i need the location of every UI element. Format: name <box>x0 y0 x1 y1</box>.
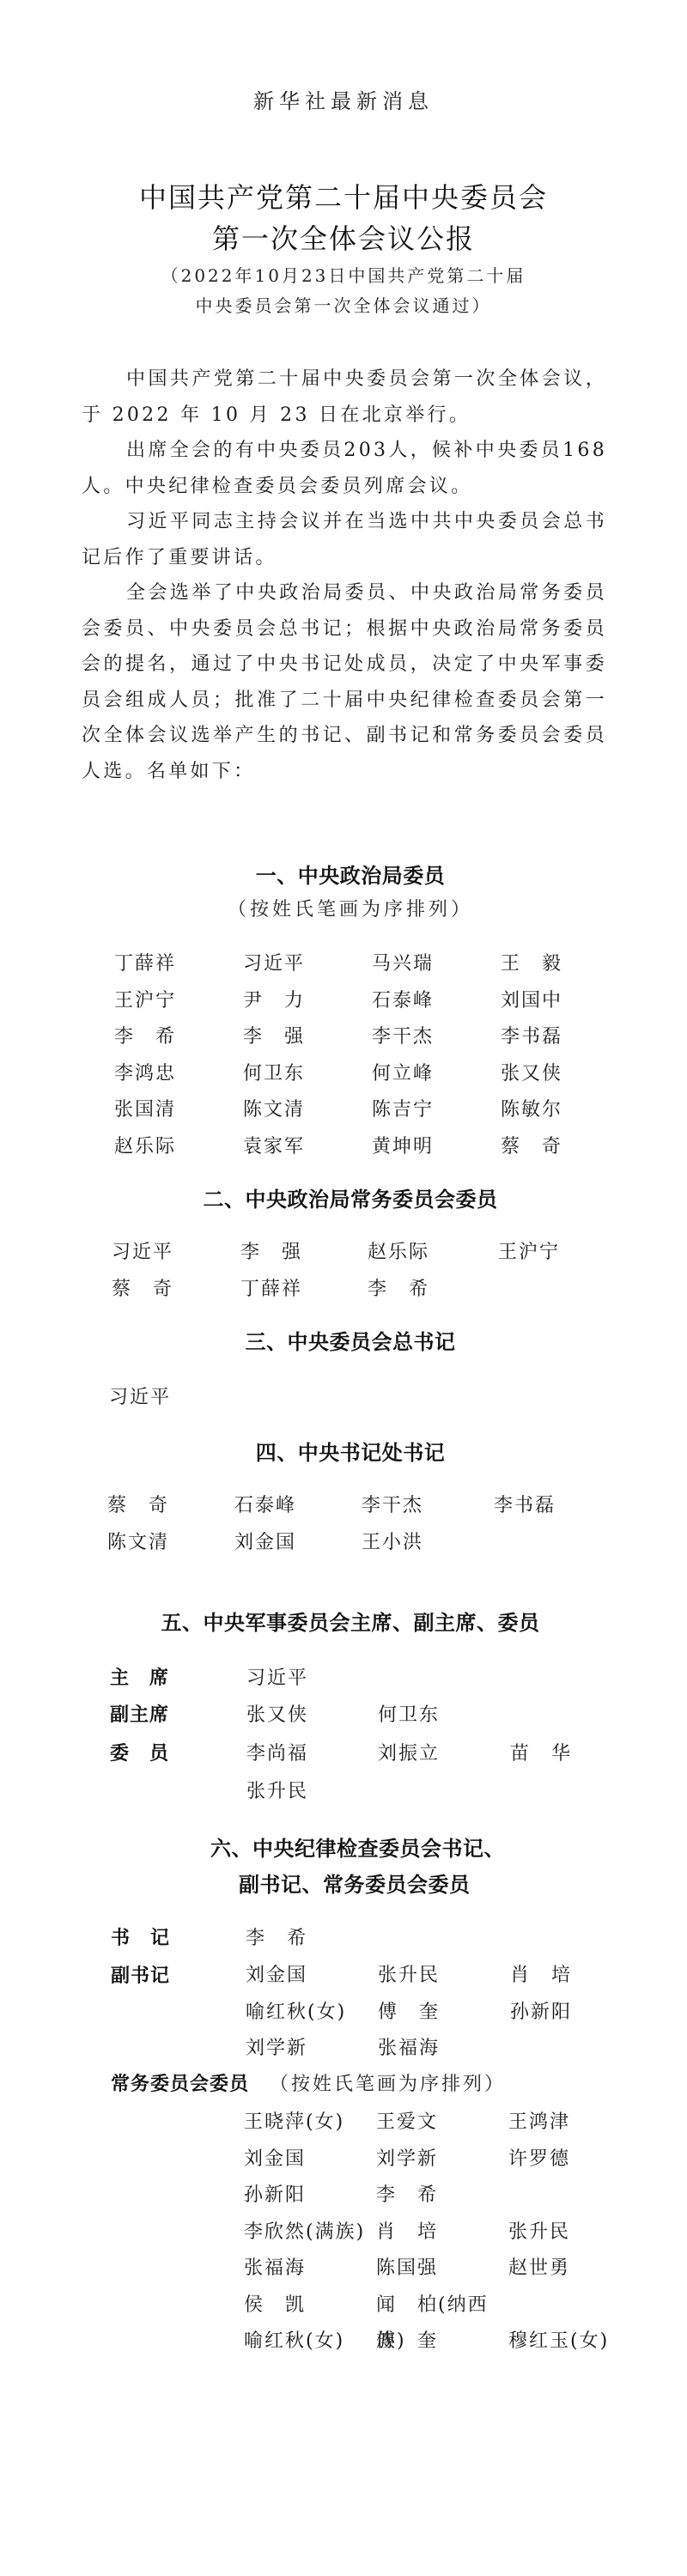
member-name: 张升民 <box>378 1958 510 1995</box>
member-name: 李干杰 <box>362 1488 494 1525</box>
member-name: 丁薛祥 <box>114 946 243 983</box>
member-name: 穆红玉(女) <box>508 2324 646 2360</box>
member-name: 石泰峰 <box>372 983 501 1020</box>
member-name: 王晓萍(女) <box>244 2105 376 2142</box>
adoption-note-line1: （2022年10月23日中国共产党第二十届 <box>0 267 687 284</box>
member-name: 王沪宁 <box>114 983 243 1020</box>
member-name: 刘金国 <box>246 1958 378 1995</box>
member-name <box>508 2178 646 2215</box>
section-heading-politburo: 一、中央政治局委员 <box>0 866 687 886</box>
member-name: 陈敏尔 <box>501 1092 629 1129</box>
member-name: 李干杰 <box>372 1019 501 1056</box>
member-name: 刘学新 <box>246 2031 378 2068</box>
member-name: 李 希 <box>246 1929 307 1948</box>
role-label-members: 委 员 <box>110 1745 169 1764</box>
role-label-secretary: 书 记 <box>111 1929 170 1948</box>
standing-committee-member-list: 习近平 李 强 赵乐际 王沪宁 蔡 奇 丁薛祥 李 希 <box>112 1235 627 1308</box>
member-name: 习近平 <box>243 946 372 983</box>
member-name: 习近平 <box>109 1388 171 1407</box>
paragraph-attendance: 出席全会的有中央委员203人，候补中央委员168人。中央纪律检查委员会委员列席会… <box>82 433 607 504</box>
member-name: 习近平 <box>246 1669 308 1688</box>
deputy-secretary-list: 刘金国 张升民 肖 培 喻红秋(女) 傅 奎 孙新阳 刘学新 张福海 <box>246 1958 642 2068</box>
section-heading-discipline-commission-line1: 六、中央纪律检查委员会书记、 <box>210 1838 505 1859</box>
member-name: 刘国中 <box>501 983 629 1020</box>
member-name: 李 强 <box>240 1235 368 1272</box>
member-name: 王爱文 <box>376 2105 508 2142</box>
member-name: 傅 奎 <box>376 2324 508 2360</box>
paragraph-meeting-held: 中国共产党第二十届中央委员会第一次全体会议，于 2022 年 10 月 23 日… <box>82 361 607 433</box>
member-name: 肖 培 <box>376 2215 508 2251</box>
member-name: 许罗德 <box>508 2142 646 2178</box>
member-name: 何卫东 <box>243 1056 372 1093</box>
adoption-note-line2: 中央委员会第一次全体会议通过） <box>0 297 687 314</box>
member-name: 张福海 <box>378 2031 510 2068</box>
document-title-line2: 第一次全体会议公报 <box>0 225 687 252</box>
member-name: 张又侠 <box>246 1706 308 1725</box>
member-name: 李 希 <box>376 2178 508 2215</box>
member-name: 李鸿忠 <box>114 1056 243 1093</box>
member-name: 侯 凯 <box>244 2287 376 2324</box>
section-heading-standing-committee: 二、中央政治局常务委员会委员 <box>0 1189 687 1210</box>
member-name: 张升民 <box>508 2215 646 2251</box>
member-name: 王鸿津 <box>508 2105 646 2142</box>
discipline-standing-member-list: 王晓萍(女) 王爱文 王鸿津 刘金国 刘学新 许罗德 孙新阳 李 希 李欣然(满… <box>244 2105 646 2360</box>
member-name: 蔡 奇 <box>112 1272 240 1309</box>
section-note-politburo: （按姓氏笔画为序排列） <box>0 901 687 920</box>
politburo-member-list: 丁薛祥 习近平 马兴瑞 王 毅 王沪宁 尹 力 石泰峰 刘国中 李 希 李 强 … <box>114 946 629 1165</box>
member-name: 孙新阳 <box>510 1995 642 2032</box>
member-name: 袁家军 <box>243 1129 372 1166</box>
member-name: 喻红秋(女) <box>246 1995 378 2032</box>
role-label-standing-members: 常务委员会委员 <box>111 2075 249 2094</box>
member-name: 刘金国 <box>244 2142 376 2178</box>
member-name: 闻 柏(纳西族) <box>376 2287 508 2324</box>
member-name: 尹 力 <box>243 983 372 1020</box>
member-name: 石泰峰 <box>234 1488 362 1525</box>
member-name: 王 毅 <box>501 946 629 983</box>
member-name: 喻红秋(女) <box>244 2324 376 2360</box>
member-name: 李书磊 <box>494 1488 623 1525</box>
member-name: 傅 奎 <box>378 1995 510 2032</box>
document-title-line1: 中国共产党第二十届中央委员会 <box>0 184 687 211</box>
section-heading-secretariat: 四、中央书记处书记 <box>0 1443 687 1463</box>
section-heading-discipline-commission-line2: 副书记、常务委员会委员 <box>239 1874 471 1895</box>
member-name <box>508 2287 646 2324</box>
role-label-vice-chairman: 副主席 <box>110 1706 169 1725</box>
member-name: 何立峰 <box>372 1056 501 1093</box>
member-name: 李书磊 <box>501 1019 629 1056</box>
member-name: 蔡 奇 <box>107 1488 234 1525</box>
member-name: 肖 培 <box>510 1958 642 1995</box>
member-name: 刘学新 <box>376 2142 508 2178</box>
member-name: 刘振立 <box>378 1745 440 1764</box>
member-name: 张升民 <box>246 1783 308 1801</box>
section-heading-military-commission: 五、中央军事委员会主席、副主席、委员 <box>0 1613 687 1633</box>
member-name: 蔡 奇 <box>501 1129 629 1166</box>
member-name: 赵乐际 <box>368 1235 498 1272</box>
member-name: 张福海 <box>244 2251 376 2287</box>
member-name: 李 强 <box>243 1019 372 1056</box>
member-name: 赵乐际 <box>114 1129 243 1166</box>
member-name: 王沪宁 <box>498 1235 627 1272</box>
member-name: 何卫东 <box>378 1706 440 1725</box>
member-name: 苗 华 <box>510 1745 572 1764</box>
paragraph-elections: 全会选举了中央政治局委员、中央政治局常务委员会委员、中央委员会总书记；根据中央政… <box>82 575 607 789</box>
member-name: 张又侠 <box>501 1056 629 1093</box>
member-name: 王小洪 <box>362 1525 494 1562</box>
member-name: 孙新阳 <box>244 2178 376 2215</box>
member-name: 李 希 <box>368 1272 498 1309</box>
role-label-chairman: 主 席 <box>110 1669 169 1688</box>
member-name: 赵世勇 <box>508 2251 646 2287</box>
role-label-deputy-secretary: 副书记 <box>111 1967 170 1986</box>
member-name: 张国清 <box>114 1092 243 1129</box>
member-name: 李欣然(满族) <box>244 2215 376 2251</box>
member-name: 丁薛祥 <box>240 1272 368 1309</box>
member-name: 陈文清 <box>243 1092 372 1129</box>
member-name: 刘金国 <box>234 1525 362 1562</box>
member-name: 李 希 <box>114 1019 243 1056</box>
member-name: 陈国强 <box>376 2251 508 2287</box>
paragraph-speech: 习近平同志主持会议并在当选中共中央委员会总书记后作了重要讲话。 <box>82 504 607 575</box>
standing-members-note: （按姓氏笔画为序排列） <box>270 2075 506 2094</box>
masthead: 新华社最新消息 <box>0 91 687 112</box>
member-name: 黄坤明 <box>372 1129 501 1166</box>
member-name: 陈吉宁 <box>372 1092 501 1129</box>
secretariat-member-list: 蔡 奇 石泰峰 李干杰 李书磊 陈文清 刘金国 王小洪 <box>107 1488 623 1561</box>
member-name: 习近平 <box>112 1235 240 1272</box>
member-name: 马兴瑞 <box>372 946 501 983</box>
member-name: 陈文清 <box>107 1525 234 1562</box>
section-heading-general-secretary: 三、中央委员会总书记 <box>0 1332 687 1352</box>
member-name: 李尚福 <box>246 1745 308 1764</box>
